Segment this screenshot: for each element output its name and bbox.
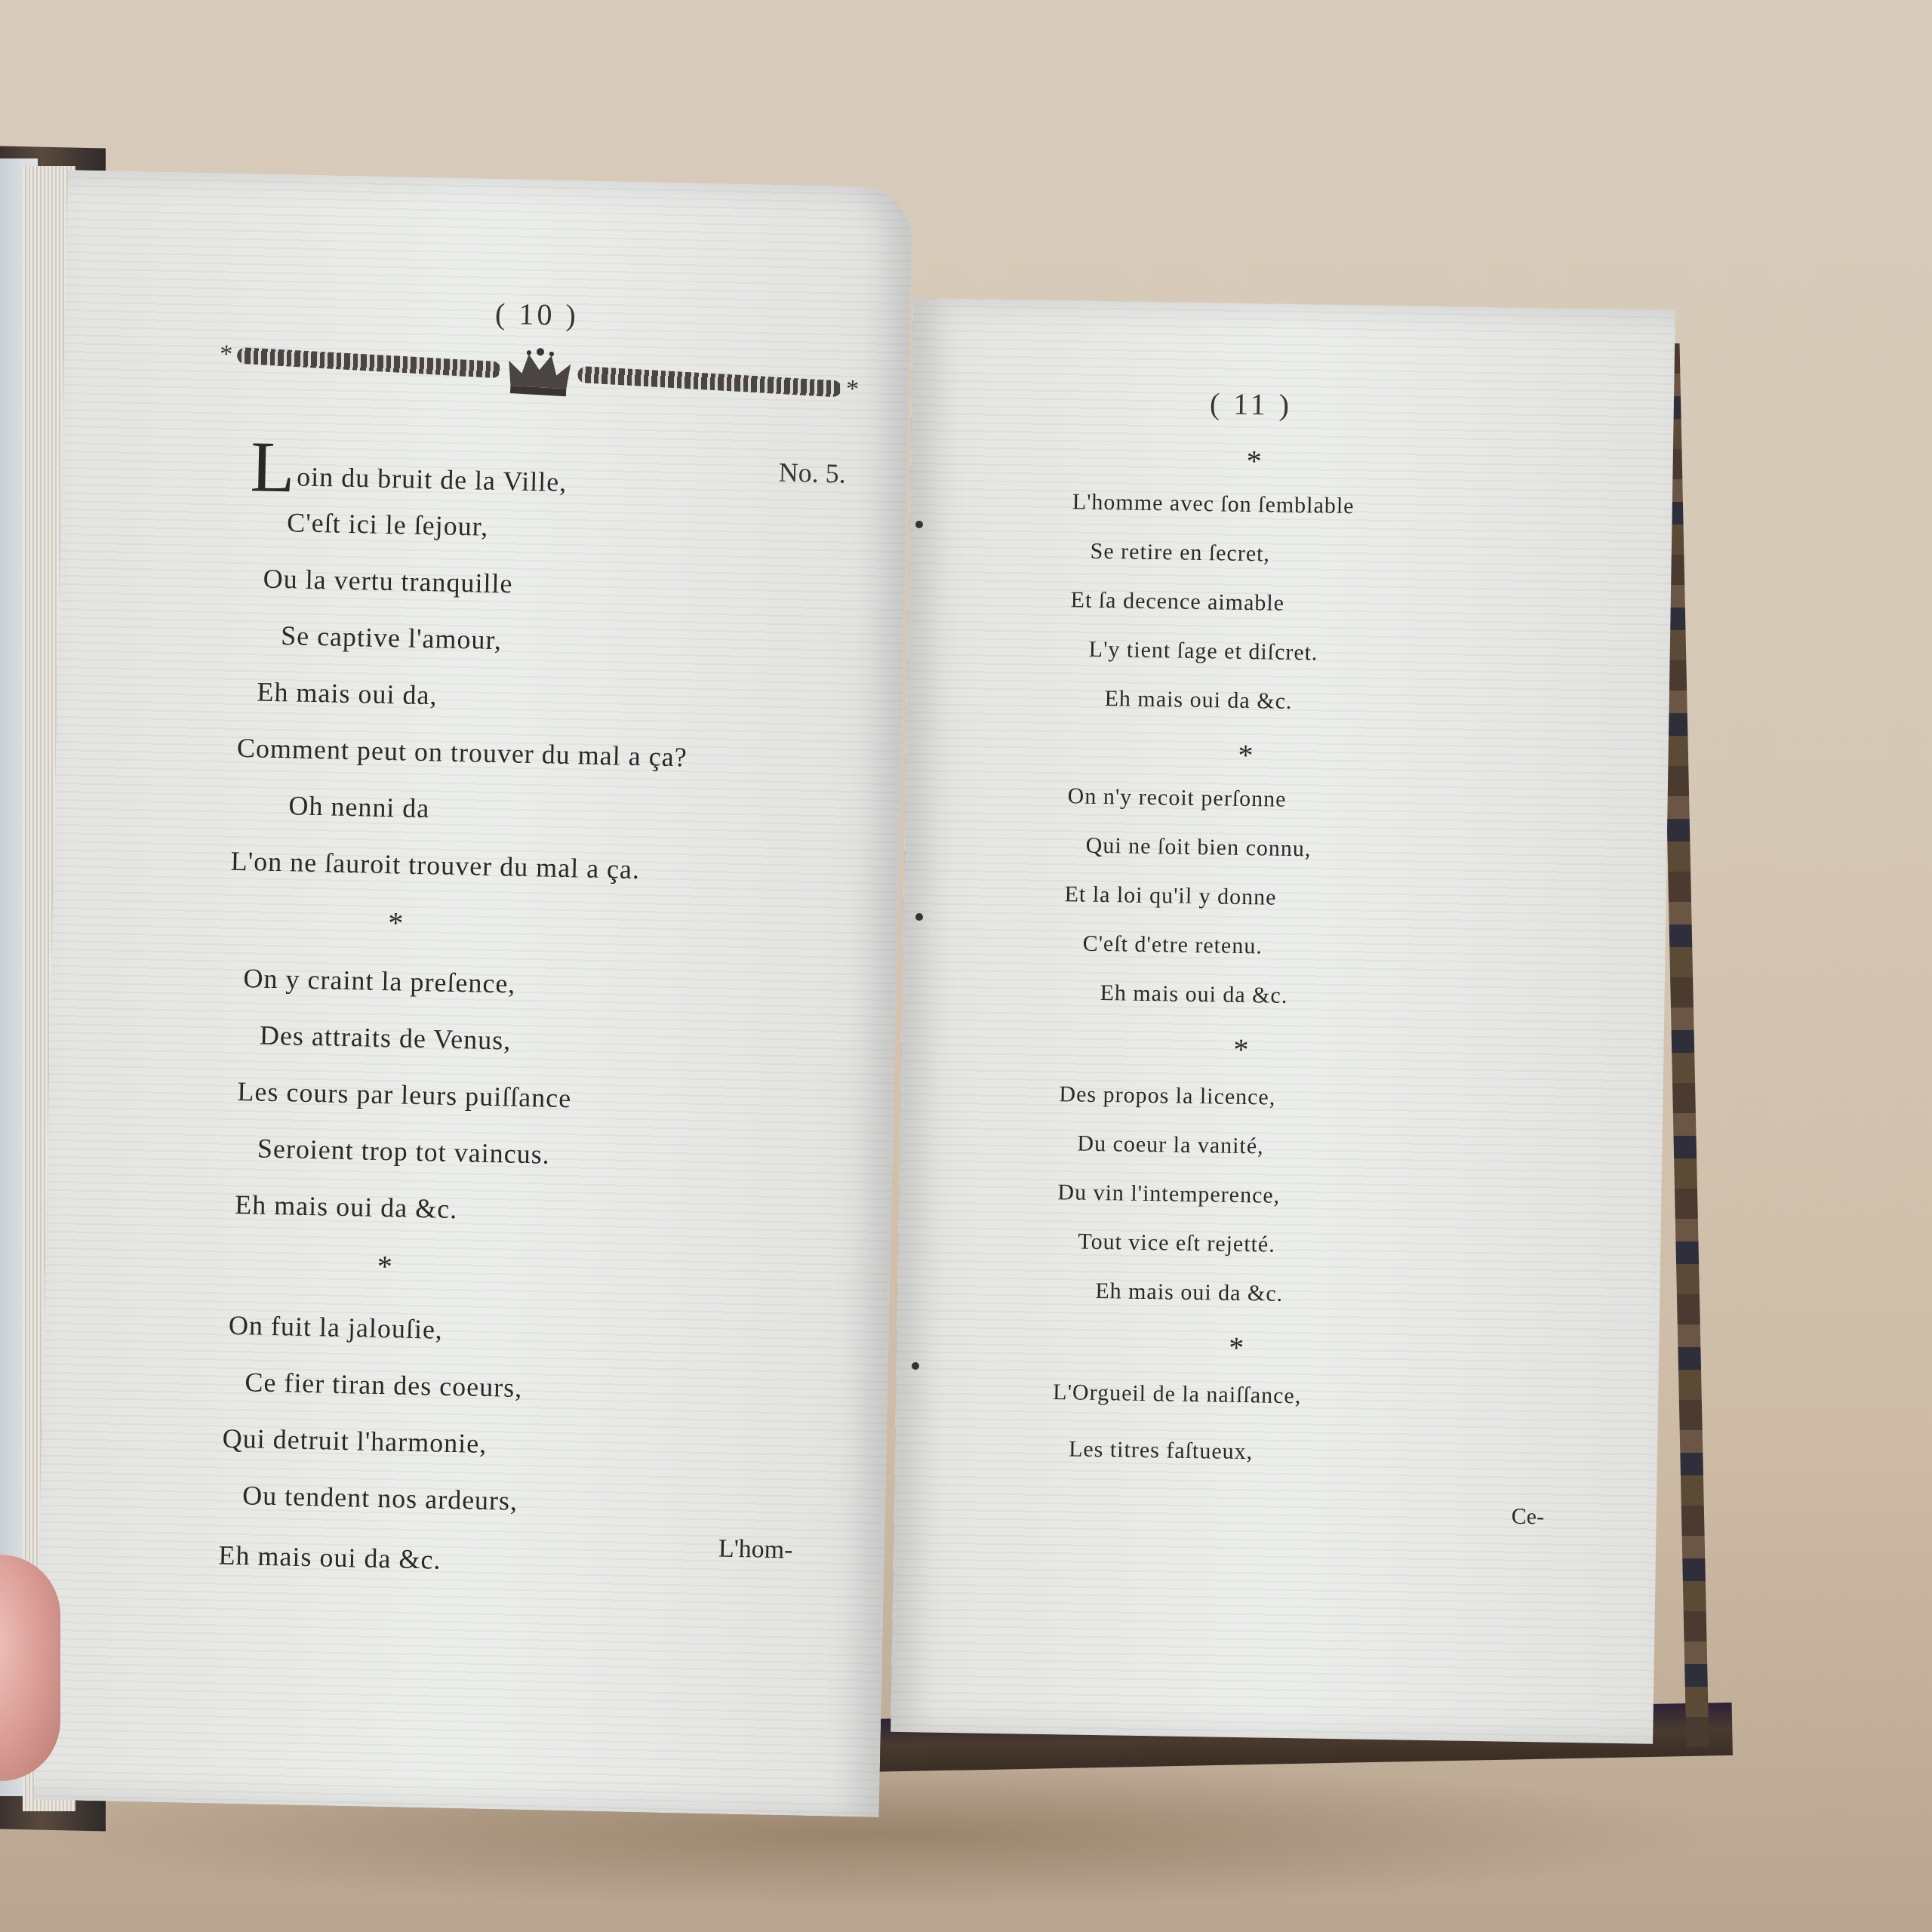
ornament-star-icon: *: [845, 375, 860, 405]
verse-line: Qui detruit l'harmonie,: [222, 1423, 487, 1460]
verse-line: Ce fier tiran des coeurs,: [245, 1366, 523, 1404]
verse-line: On y craint la preſence,: [243, 962, 516, 1000]
verse-line: Et la loi qu'il y donne: [1064, 881, 1276, 910]
separator-asterisk-icon: *: [377, 1248, 392, 1284]
verse-line: L'Orgueil de la naiſſance,: [1053, 1380, 1302, 1409]
verse-line: Les titres faſtueux,: [1069, 1436, 1254, 1465]
crown-ornament-band: * *: [214, 331, 865, 413]
verse-line: Se captive l'amour,: [281, 620, 503, 656]
verse-line: Eh mais oui da &c.: [1095, 1278, 1283, 1307]
verse-line: L'on ne ſauroit trouver du mal a ça.: [230, 845, 640, 885]
separator-asterisk-icon: *: [1233, 1032, 1249, 1067]
verse-line: Et ſa decence aimable: [1070, 587, 1284, 616]
verse-line: L'homme avec ſon ſemblable: [1072, 489, 1355, 519]
verse-line: C'eſt ici le ſejour,: [287, 506, 489, 543]
crown-icon: [504, 344, 575, 401]
verse-line: Ou la vertu tranquille: [263, 563, 513, 600]
ornament-star-icon: *: [219, 340, 233, 369]
drop-cap: L: [250, 426, 297, 507]
verse-line: Du coeur la vanité,: [1077, 1131, 1264, 1160]
separator-asterisk-icon: *: [1238, 737, 1254, 773]
verse-line-first: Loin du bruit de la Ville,: [250, 438, 568, 503]
verse-line: Les cours par leurs puiſſance: [237, 1075, 572, 1114]
verse-line: L'y tient ſage et diſcret.: [1088, 637, 1318, 666]
verse-line: Eh mais oui da,: [257, 675, 438, 711]
verse-line: C'eſt d'etre retenu.: [1082, 931, 1263, 960]
verse-line: Des attraits de Venus,: [260, 1020, 512, 1057]
binding-stitch: [915, 913, 923, 921]
verse-line: Comment peut on trouver du mal a ça?: [237, 732, 688, 773]
right-page: ( 11 ) * L'homme avec ſon ſemblable Se r…: [891, 298, 1675, 1744]
verse-line: Seroient trop tot vaincus.: [257, 1133, 550, 1171]
page-number: ( 10 ): [495, 296, 580, 333]
chain-ornament: [577, 366, 842, 398]
catchword: L'hom-: [718, 1534, 793, 1564]
binding-stitch: [915, 521, 923, 528]
left-page: ( 10 ) * * No. 5. Loin du bruit de la Vi…: [34, 170, 913, 1817]
verse-line: Ou tendent nos ardeurs,: [242, 1479, 518, 1517]
thumb: [0, 1555, 60, 1781]
verse-line: Eh mais oui da &c.: [1104, 686, 1292, 715]
verse-line: On fuit la jalouſie,: [229, 1309, 444, 1346]
verse-line: Des propos la licence,: [1059, 1081, 1275, 1111]
verse-line: Se retire en ſecret,: [1090, 539, 1270, 568]
verse-line: On n'y recoit perſonne: [1067, 783, 1286, 813]
separator-asterisk-icon: *: [388, 905, 404, 940]
verse-line: Du vin l'intemperence,: [1057, 1180, 1280, 1209]
verse-line: Qui ne ſoit bien connu,: [1085, 833, 1311, 863]
binding-stitch: [912, 1362, 919, 1370]
chain-ornament: [237, 347, 502, 379]
separator-asterisk-icon: *: [1246, 443, 1262, 478]
catchword: Ce-: [1511, 1504, 1544, 1531]
page-number: ( 11 ): [1209, 386, 1292, 423]
separator-asterisk-icon: *: [1229, 1330, 1244, 1365]
verse-line: Oh nenni da: [288, 789, 430, 824]
verse-line: Eh mais oui da &c.: [218, 1540, 441, 1576]
song-number: No. 5.: [778, 457, 846, 490]
verse-line: Eh mais oui da &c.: [1100, 980, 1287, 1009]
verse-line: Tout vice eſt rejetté.: [1078, 1229, 1275, 1258]
verse-line: Eh mais oui da &c.: [235, 1189, 458, 1225]
